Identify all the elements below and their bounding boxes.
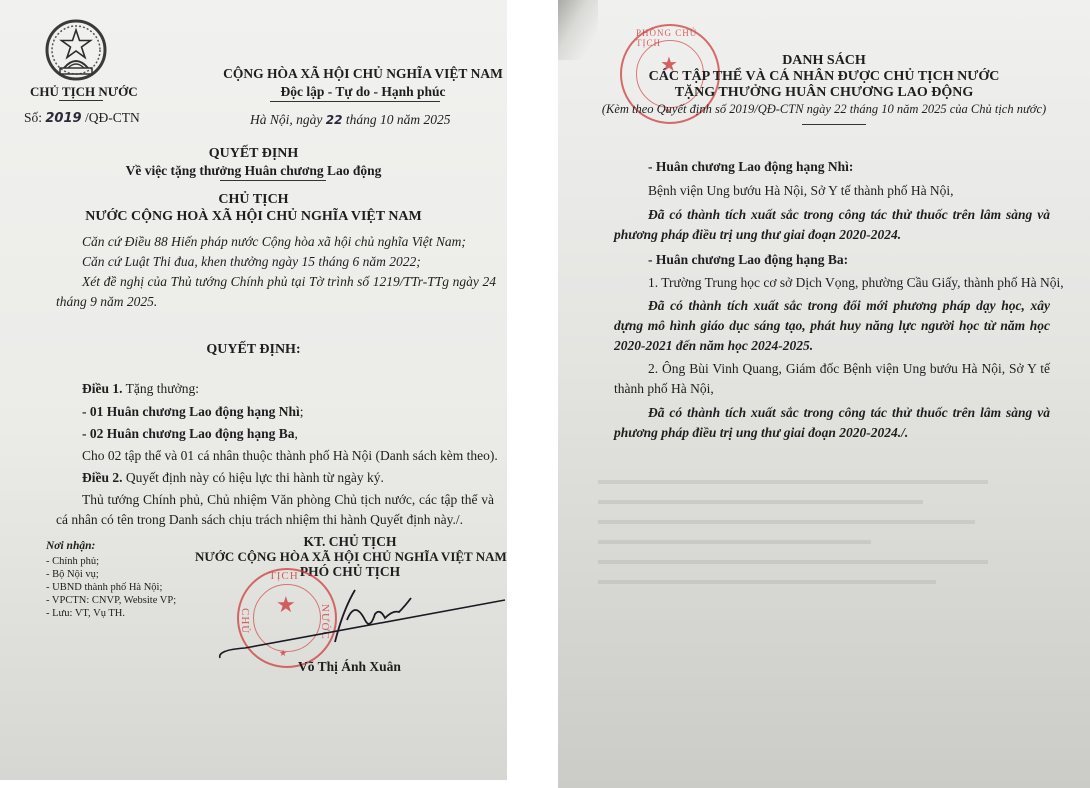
recipient-item: - Chính phủ; (46, 555, 176, 568)
legal-basis-3: Xét đề nghị của Thủ tướng Chính phủ tại … (56, 272, 496, 312)
legal-basis-2: Căn cứ Luật Thi đua, khen thưởng ngày 15… (56, 252, 496, 272)
list-subtitle-1: CÁC TẬP THỂ VÀ CÁ NHÂN ĐƯỢC CHỦ TỊCH NƯỚ… (558, 69, 1090, 85)
list-title: DANH SÁCH (558, 53, 1090, 69)
recipient-item: - VPCTN: CNVP, Website VP; (46, 594, 176, 607)
handwritten-number: 2019 (45, 111, 81, 126)
signature-title-3: PHÓ CHỦ TỊCH (200, 564, 500, 580)
country-name: CỘNG HÒA XÃ HỘI CHỦ NGHĨA VIỆT NAM (218, 66, 507, 82)
section-heading-ba: - Huân chương Lao động hạng Ba: (648, 250, 848, 270)
authority-title: CHỦ TỊCH (0, 192, 507, 208)
entry-name: Bệnh viện Ung bướu Hà Nội, Sở Y tế thành… (648, 181, 954, 201)
page-fold-shadow (558, 0, 598, 60)
signer-name: Võ Thị Ánh Xuân (298, 659, 401, 675)
decision-document-page: CHỦ TỊCH NƯỚC Số: 2019 /QĐ-CTN CỘNG HÒA … (0, 0, 507, 780)
national-emblem-icon (44, 18, 108, 82)
entry-name: 1. Trường Trung học cơ sở Dịch Vọng, phư… (648, 273, 1064, 293)
list-subtitle-2: TẶNG THƯỞNG HUÂN CHƯƠNG LAO ĐỘNG (558, 85, 1090, 101)
decision-subject: Về việc tặng thưởng Huân chương Lao động (0, 163, 507, 179)
issuer-underline (59, 100, 103, 101)
article-1: Điều 1. Tặng thưởng: (82, 379, 199, 399)
responsibility-clause: Thủ tướng Chính phủ, Chủ nhiệm Văn phòng… (56, 490, 494, 530)
signature-title-2: NƯỚC CỘNG HÒA XÃ HỘI CHỦ NGHĨA VIỆT NAM (195, 549, 505, 565)
title-divider (802, 124, 866, 125)
decision-title: QUYẾT ĐỊNH (0, 146, 507, 162)
recipient-item: - UBND thành phố Hà Nội; (46, 581, 176, 594)
article-2: Điều 2. Quyết định này có hiệu lực thi h… (82, 468, 384, 488)
award-list-page: ▬▬▬▬▬▬▬▬▬▬▬▬▬▬▬▬▬▬▬▬▬▬▬▬▬▬▬▬▬▬ ▬▬▬▬▬▬▬▬▬… (558, 0, 1090, 788)
subject-underline (220, 180, 326, 181)
motto: Độc lập - Tự do - Hạnh phúc (218, 84, 507, 100)
legal-basis-1: Căn cứ Điều 88 Hiến pháp nước Cộng hòa x… (56, 232, 496, 252)
authority-country: NƯỚC CỘNG HOÀ XÃ HỘI CHỦ NGHĨA VIỆT NAM (0, 209, 507, 225)
decision-heading: QUYẾT ĐỊNH: (0, 342, 507, 358)
entry-achievement: Đã có thành tích xuất sắc trong công tác… (614, 403, 1050, 443)
document-number: Số: 2019 /QĐ-CTN (24, 110, 140, 126)
award-item-2: - 02 Huân chương Lao động hạng Ba, (82, 424, 298, 444)
recipient-item: - Lưu: VT, Vụ TH. (46, 607, 176, 620)
recipients-list: - Chính phủ; - Bộ Nội vụ; - UBND thành p… (46, 555, 176, 620)
recipients-line: Cho 02 tập thể và 01 cá nhân thuộc thành… (82, 446, 498, 466)
entry-name: 2. Ông Bùi Vinh Quang, Giám đốc Bệnh việ… (614, 359, 1050, 399)
bleed-through: ▬▬▬▬▬▬▬▬▬▬▬▬▬▬▬▬▬▬▬▬▬▬▬▬▬▬▬▬▬▬ ▬▬▬▬▬▬▬▬▬… (598, 470, 1070, 590)
signature-title-1: KT. CHỦ TỊCH (200, 534, 500, 550)
issue-date: Hà Nội, ngày 22 tháng 10 năm 2025 (250, 112, 450, 128)
entry-achievement: Đã có thành tích xuất sắc trong công tác… (614, 205, 1050, 245)
issuer-name: CHỦ TỊCH NƯỚC (30, 84, 138, 100)
attachment-note: (Kèm theo Quyết định số 2019/QĐ-CTN ngày… (558, 102, 1090, 117)
entry-achievement: Đã có thành tích xuất sắc trong đổi mới … (614, 296, 1050, 356)
award-item-1: - 01 Huân chương Lao động hạng Nhì; (82, 402, 304, 422)
section-heading-nhi: - Huân chương Lao động hạng Nhì: (648, 157, 853, 177)
handwritten-signature (215, 580, 507, 670)
recipient-item: - Bộ Nội vụ; (46, 568, 176, 581)
recipients-heading: Nơi nhận: (46, 540, 95, 552)
motto-underline (270, 101, 440, 102)
